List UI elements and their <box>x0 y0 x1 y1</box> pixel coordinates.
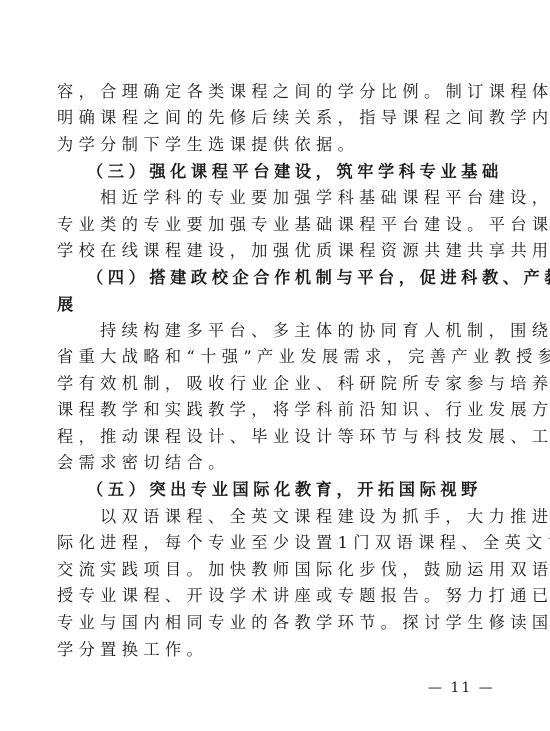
paragraph-line: 程，推动课程设计、毕业设计等环节与科技发展、工程应用、社 <box>57 424 497 450</box>
paragraph-line: 专业类的专业要加强专业基础课程平台建设。平台课程优先纳入 <box>57 212 497 238</box>
page-number: — 11 — <box>428 680 495 696</box>
section-heading-3: （三）强化课程平台建设，筑牢学科专业基础 <box>87 159 527 185</box>
paragraph-line: 以双语课程、全英文课程建设为抓手，大力推进专业建设国 <box>100 504 540 530</box>
paragraph-line: 学校在线课程建设，加强优质课程资源共建共享共用。 <box>57 238 497 264</box>
paragraph-line: 学有效机制，吸收行业企业、科研院所专家参与培养方案修订、 <box>57 371 497 397</box>
paragraph-line: 省重大战略和“十强”产业发展需求，完善产业教授参与教育教 <box>57 344 497 370</box>
paragraph-line: 明确课程之间的先修后续关系，指导课程之间教学内容有效衔接， <box>57 105 497 131</box>
section-heading-5: （五）突出专业国际化教育，开拓国际视野 <box>87 477 527 503</box>
paragraph-line: 容，合理确定各类课程之间的学分比例。制订课程体系拓扑图， <box>57 79 497 105</box>
paragraph-line: 学分置换工作。 <box>57 637 497 663</box>
paragraph-line: 相近学科的专业要加强学科基础课程平台建设，相同或相近 <box>100 185 540 211</box>
section-heading-4: （四）搭建政校企合作机制与平台，促进科教、产教融合发 <box>87 265 527 291</box>
paragraph-line: 为学分制下学生选课提供依据。 <box>57 132 497 158</box>
paragraph-line: 会需求密切结合。 <box>57 450 497 476</box>
paragraph-line: 际化进程，每个专业至少设置1门双语课程、全英文课程或国际 <box>57 530 497 556</box>
document-page: 容，合理确定各类课程之间的学分比例。制订课程体系拓扑图， 明确课程之间的先修后续… <box>0 0 550 731</box>
paragraph-line: 授专业课程、开设学术讲座或专题报告。努力打通已开设留学生 <box>57 583 497 609</box>
paragraph-line: 课程教学和实践教学，将学科前沿知识、行业发展方向等引入课 <box>57 397 497 423</box>
paragraph-line: 交流实践项目。加快教师国际化步伐，鼓励运用双语或全英文讲 <box>57 557 497 583</box>
paragraph-line: 持续构建多平台、多主体的协同育人机制，围绕国家、山东 <box>100 318 540 344</box>
section-heading-4-cont: 展 <box>57 292 497 318</box>
paragraph-line: 专业与国内相同专业的各教学环节。探讨学生修读国际公开课程 <box>57 610 497 636</box>
